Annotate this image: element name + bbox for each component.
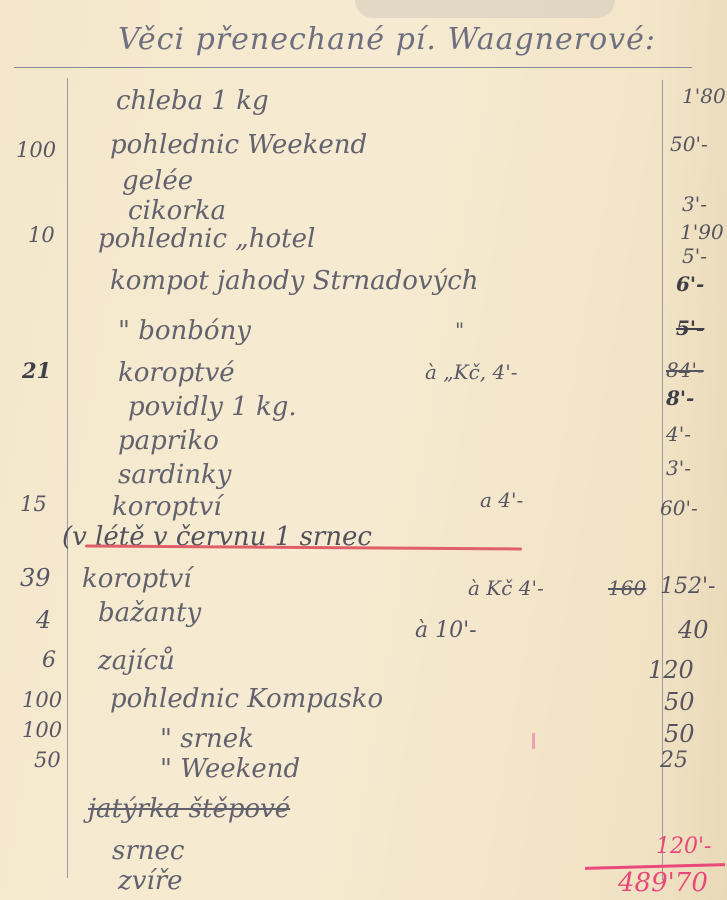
amount-value: 5'-: [676, 318, 704, 338]
item-text: kompot jahody Strnadových: [110, 268, 479, 294]
item-text: bažanty: [98, 600, 201, 626]
amount-value: 84'-: [666, 360, 704, 380]
item-text: " Weekend: [160, 756, 300, 782]
item-text: koroptvé: [118, 360, 235, 386]
amount-value: 5'-: [682, 246, 707, 266]
amount-value: 50: [664, 722, 695, 746]
amount-value: 25: [660, 750, 688, 772]
amount-value: 1'90: [680, 222, 724, 242]
amount-value: 1'80: [682, 86, 726, 106]
item-text: pohlednic „hotel: [98, 226, 315, 252]
ditto-mark: ": [455, 320, 464, 340]
quantity-value: 10: [28, 225, 55, 246]
item-text: zajíců: [98, 648, 175, 674]
amount-value: 120: [648, 658, 694, 682]
ledger-page: Věci přenechané pí. Waagnerové: chleba 1…: [0, 0, 727, 900]
item-text: zvíře: [118, 868, 183, 894]
amount-value: 4'-: [666, 424, 691, 444]
amount-value: 8'-: [666, 388, 694, 408]
amount-value: 3'-: [666, 458, 691, 478]
unit-price: a 4'-: [480, 490, 523, 510]
item-text: gelée: [122, 168, 193, 194]
item-text: koroptví: [82, 566, 192, 592]
item-text: pohlednic Weekend: [110, 132, 367, 158]
item-text: pohlednic Kompasko: [110, 686, 383, 712]
amount-value: 152'-: [660, 576, 715, 598]
quantity-value: 6: [42, 650, 56, 672]
amount-value: 6'-: [676, 274, 704, 294]
item-text: srnec: [112, 838, 184, 864]
unit-price: à „Kč, 4'-: [425, 362, 517, 382]
struck-value: 160: [608, 578, 646, 598]
amount-value: 3'-: [682, 194, 707, 214]
quantity-value: 21: [22, 360, 51, 381]
item-text: cikorka: [128, 198, 226, 224]
item-text: " srnek: [160, 726, 254, 752]
quantity-value: 100: [16, 140, 56, 161]
item-text: chleba 1 kg: [116, 88, 269, 114]
grand-total: 489'70: [618, 870, 708, 896]
item-text: sardinky: [118, 462, 231, 488]
unit-price: à 10'-: [415, 620, 477, 642]
amount-value: 50: [664, 690, 695, 714]
paper-stain: [355, 0, 615, 18]
quantity-value: 4: [36, 608, 51, 632]
item-text: jatýrka štěpové: [88, 796, 290, 822]
unit-price: à Kč 4'-: [468, 578, 544, 598]
quantity-value: 50: [34, 750, 61, 771]
quantity-value: 15: [20, 494, 47, 515]
pink-mark: [532, 733, 535, 749]
item-text: papriko: [118, 428, 219, 454]
quantity-value: 100: [22, 690, 62, 711]
item-text: povidly 1 kg.: [128, 394, 297, 420]
item-text: " bonbóny: [118, 318, 251, 344]
quantity-value: 39: [20, 566, 51, 590]
amount-value: 60'-: [660, 498, 698, 518]
amount-value: 50'-: [670, 134, 708, 154]
page-title: Věci přenechané pí. Waagnerové:: [118, 25, 656, 55]
quantity-column-rule: [67, 78, 68, 878]
amount-value: 40: [678, 618, 709, 642]
item-text: koroptví: [112, 494, 222, 520]
amount-value: 120'-: [656, 836, 711, 858]
quantity-value: 100: [22, 720, 62, 741]
title-rule: [14, 67, 692, 68]
